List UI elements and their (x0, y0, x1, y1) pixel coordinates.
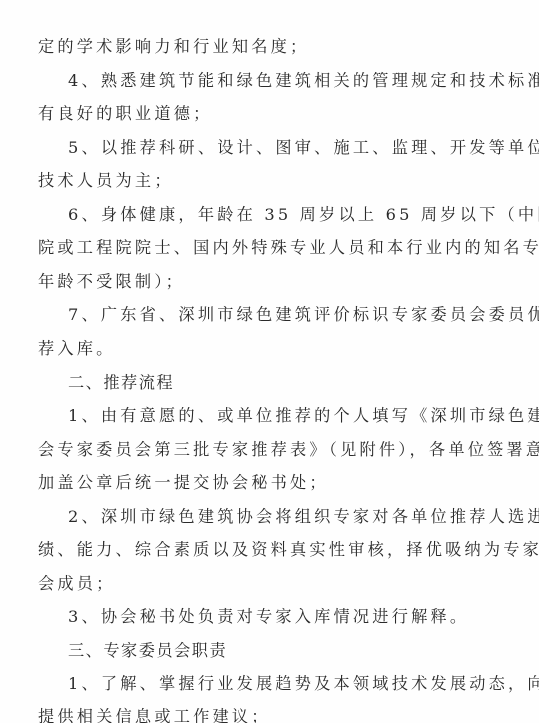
paragraph-line: 院或工程院院士、国内外特殊专业人员和本行业内的知名专家， (38, 238, 486, 258)
paragraph-line: 绩、能力、综合素质以及资料真实性审核，择优吸纳为专家委员 (38, 540, 486, 560)
requirement-item-5: 5、以推荐科研、设计、图审、施工、监理、开发等单位专业 (68, 138, 486, 158)
document-page: 定的学术影响力和行业知名度； 4、熟悉建筑节能和绿色建筑相关的管理规定和技术标准… (0, 0, 539, 723)
requirement-item-6: 6、身体健康，年龄在 35 周岁以上 65 周岁以下（中国科学 (68, 205, 486, 225)
paragraph-line: 有良好的职业道德； (38, 104, 486, 124)
section-heading-recommendation-process: 二、推荐流程 (68, 373, 486, 393)
paragraph-line: 定的学术影响力和行业知名度； (38, 37, 486, 57)
process-item-2: 2、深圳市绿色建筑协会将组织专家对各单位推荐人选进行业 (68, 507, 486, 527)
paragraph-line: 会成员； (38, 574, 486, 594)
process-item-3: 3、协会秘书处负责对专家入库情况进行解释。 (68, 607, 486, 627)
paragraph-line: 提供相关信息或工作建议； (38, 707, 486, 723)
paragraph-line: 技术人员为主； (38, 171, 486, 191)
requirement-item-7: 7、广东省、深圳市绿色建筑评价标识专家委员会委员优先推 (68, 305, 486, 325)
paragraph-line: 会专家委员会第三批专家推荐表》（见附件），各单位签署意见并 (38, 440, 486, 460)
section-heading-committee-duties: 三、专家委员会职责 (68, 641, 486, 661)
paragraph-line: 年龄不受限制）； (38, 272, 486, 292)
paragraph-line: 加盖公章后统一提交协会秘书处； (38, 473, 486, 493)
duty-item-1: 1、了解、掌握行业发展趋势及本领域技术发展动态，向协会 (68, 674, 486, 694)
process-item-1: 1、由有意愿的、或单位推荐的个人填写《深圳市绿色建筑协 (68, 406, 486, 426)
requirement-item-4: 4、熟悉建筑节能和绿色建筑相关的管理规定和技术标准，具 (68, 71, 486, 91)
paragraph-line: 荐入库。 (38, 339, 486, 359)
